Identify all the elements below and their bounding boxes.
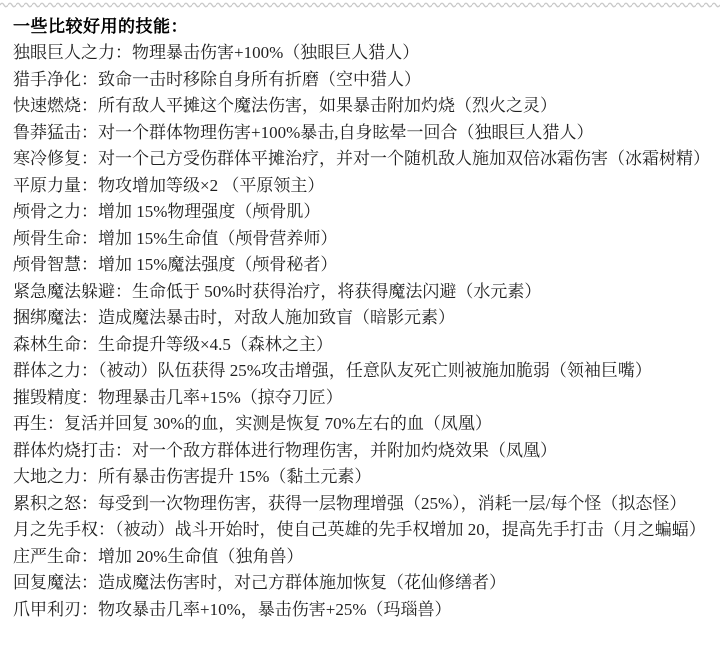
text-line: 森林生命：生命提升等级×4.5（森林之主） xyxy=(13,332,710,359)
text-line: 鲁莽猛击：对一个群体物理伤害+100%暴击,自身眩晕一回合（独眼巨人猎人） xyxy=(13,120,710,147)
text-line: 捆绑魔法：造成魔法暴击时，对敌人施加致盲（暗影元素） xyxy=(13,305,710,332)
text-line: 庄严生命：增加 20%生命值（独角兽） xyxy=(13,544,710,571)
text-line: 颅骨智慧：增加 15%魔法强度（颅骨秘者） xyxy=(13,252,710,279)
text-line: 回复魔法：造成魔法伤害时，对己方群体施加恢复（花仙修缮者） xyxy=(13,570,710,597)
text-line: 群体之力：（被动）队伍获得 25%攻击增强，任意队友死亡则被施加脆弱（领袖巨嘴） xyxy=(13,358,710,385)
text-line: 猎手净化：致命一击时移除自身所有折磨（空中猎人） xyxy=(13,67,710,94)
text-line: 快速燃烧：所有敌人平摊这个魔法伤害，如果暴击附加灼烧（烈火之灵） xyxy=(13,93,710,120)
document-page: 一些比较好用的技能： 独眼巨人之力：物理暴击伤害+100%（独眼巨人猎人）猎手净… xyxy=(0,0,720,659)
text-line: 群体灼烧打击：对一个敌方群体进行物理伤害，并附加灼烧效果（凤凰） xyxy=(13,438,710,465)
text-line: 颅骨生命：增加 15%生命值（颅骨营养师） xyxy=(13,226,710,253)
text-line: 大地之力：所有暴击伤害提升 15%（黏土元素） xyxy=(13,464,710,491)
page-title: 一些比较好用的技能： xyxy=(13,13,710,40)
text-line: 紧急魔法躲避：生命低于 50%时获得治疗，将获得魔法闪避（水元素） xyxy=(13,279,710,306)
text-line: 累积之怒：每受到一次物理伤害，获得一层物理增强（25%），消耗一层/每个怪（拟态… xyxy=(13,491,710,518)
text-line: 独眼巨人之力：物理暴击伤害+100%（独眼巨人猎人） xyxy=(13,40,710,67)
document-body: 一些比较好用的技能： 独眼巨人之力：物理暴击伤害+100%（独眼巨人猎人）猎手净… xyxy=(0,10,720,623)
text-line: 摧毁精度：物理暴击几率+15%（掠夺刀匠） xyxy=(13,385,710,412)
text-line: 再生：复活并回复 30%的血，实测是恢复 70%左右的血（凤凰） xyxy=(13,411,710,438)
torn-edge-decoration xyxy=(0,0,720,10)
text-line: 颅骨之力：增加 15%物理强度（颅骨肌） xyxy=(13,199,710,226)
text-lines: 独眼巨人之力：物理暴击伤害+100%（独眼巨人猎人）猎手净化：致命一击时移除自身… xyxy=(13,40,710,623)
text-line: 爪甲利刃：物攻暴击几率+10%，暴击伤害+25%（玛瑙兽） xyxy=(13,597,710,624)
text-line: 平原力量：物攻增加等级×2 （平原领主） xyxy=(13,173,710,200)
text-line: 月之先手权：（被动）战斗开始时，使自己英雄的先手权增加 20，提高先手打击（月之… xyxy=(13,517,710,544)
text-line: 寒冷修复：对一个己方受伤群体平摊治疗，并对一个随机敌人施加双倍冰霜伤害（冰霜树精… xyxy=(13,146,710,173)
